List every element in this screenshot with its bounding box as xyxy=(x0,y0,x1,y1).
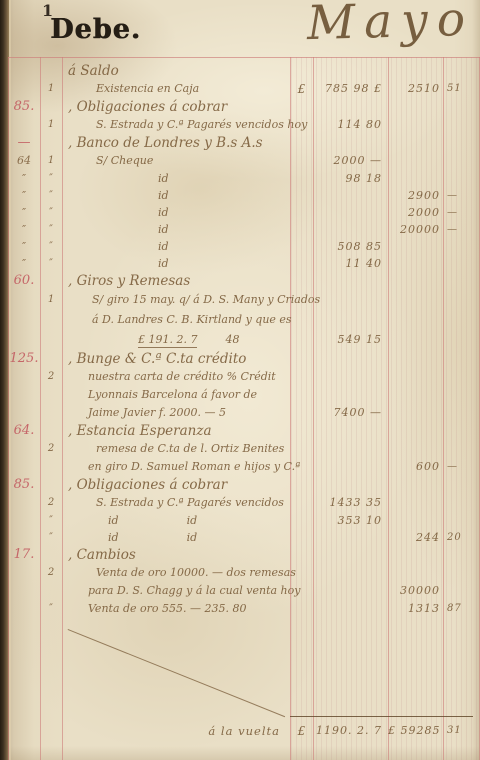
amount-col1: 7400 — xyxy=(313,404,388,422)
amount-col2 xyxy=(388,440,443,458)
day-number: 1 xyxy=(40,80,62,98)
margin-folio-number: 125. xyxy=(8,350,40,368)
entry-description: en giro D. Samuel Roman e hijos y C.ª xyxy=(62,458,290,476)
entry-description: para D. S. Chagg y á la cual venta hoy xyxy=(62,582,290,600)
amount-col2: 600 xyxy=(388,458,443,476)
entry-description: id xyxy=(62,170,290,187)
entry-description: , Cambios xyxy=(62,546,290,564)
day-number xyxy=(40,310,62,330)
margin-folio-number: ″ xyxy=(8,221,40,238)
currency-mark xyxy=(290,238,313,255)
day-number: ″ xyxy=(40,600,62,618)
debit-header-label: Debe. xyxy=(50,14,141,45)
amount-col2-cents xyxy=(443,238,479,255)
amount-col2-cents xyxy=(443,582,479,600)
currency-mark xyxy=(290,221,313,238)
day-number: 1 xyxy=(40,152,62,170)
totals-row: á la vuelta £ 1190. 2. 7 £ 59285 31 xyxy=(8,719,479,743)
amount-col2 xyxy=(388,368,443,386)
amount-col1: 2000 — xyxy=(313,152,388,170)
ledger-row: 2 S. Estrada y C.ª Pagarés vencidos 1433… xyxy=(8,494,479,512)
amount-col2 xyxy=(388,422,443,440)
amount-col2-cents xyxy=(443,546,479,564)
entry-description: S. Estrada y C.ª Pagarés vencidos xyxy=(62,494,290,512)
amount-col1 xyxy=(313,422,388,440)
entry-description: £ 191. 2. 748 xyxy=(62,330,290,350)
amount-col1 xyxy=(313,546,388,564)
ledger-row: 2 nuestra carta de crédito % Crédit xyxy=(8,368,479,386)
amount-col2 xyxy=(388,546,443,564)
margin-folio-number xyxy=(8,512,40,529)
currency-mark xyxy=(290,170,313,187)
amount-col2-cents xyxy=(443,152,479,170)
sterling-total: 1190. 2. 7 xyxy=(313,719,388,743)
day-number xyxy=(40,404,62,422)
amount-col2-cents xyxy=(443,494,479,512)
margin-folio-number: 85. xyxy=(8,476,40,494)
currency-mark xyxy=(290,386,313,404)
amount-col2: 2000 xyxy=(388,204,443,221)
currency-mark xyxy=(290,116,313,134)
currency-mark xyxy=(290,458,313,476)
day-number: ″ xyxy=(40,170,62,187)
amount-col2-cents xyxy=(443,330,479,350)
amount-col2 xyxy=(388,272,443,290)
amount-col1 xyxy=(313,600,388,618)
ledger-row: ″ idid 353 10 xyxy=(8,512,479,529)
ledger-row: £ 191. 2. 748 549 15 xyxy=(8,330,479,350)
ledger-row: ″ Venta de oro 555. — 235. 80 1313 87 xyxy=(8,600,479,618)
ledger-row: á D. Landres C. B. Kirtland y que es xyxy=(8,310,479,330)
day-number xyxy=(40,582,62,600)
entry-description: á Saldo xyxy=(62,62,290,80)
currency-mark xyxy=(290,187,313,204)
day-number xyxy=(40,458,62,476)
margin-folio-number xyxy=(8,719,40,743)
day-number xyxy=(40,719,62,743)
amount-col2-cents xyxy=(443,476,479,494)
amount-col2 xyxy=(388,350,443,368)
entry-description: Existencia en Caja xyxy=(62,80,290,98)
margin-folio-number xyxy=(8,330,40,350)
currency-mark xyxy=(290,204,313,221)
amount-col1: 1433 35 xyxy=(313,494,388,512)
day-number: 1 xyxy=(40,116,62,134)
currency-mark xyxy=(290,350,313,368)
ledger-row: ″ ″ id 20000 — xyxy=(8,221,479,238)
ledger-row: á Saldo xyxy=(8,62,479,80)
amount-col2 xyxy=(388,404,443,422)
entry-description: id xyxy=(62,204,290,221)
margin-folio-number xyxy=(8,494,40,512)
amount-col1 xyxy=(313,62,388,80)
day-number: ″ xyxy=(40,221,62,238)
margin-folio-number: 85. xyxy=(8,98,40,116)
day-number xyxy=(40,350,62,368)
entry-description: idid xyxy=(62,529,290,546)
ledger-entries: á Saldo 1 Existencia en Caja £ 785 98 £ … xyxy=(8,62,479,618)
amount-col1: 549 15 xyxy=(313,330,388,350)
entry-description: Jaime Javier f. 2000. — 5 xyxy=(62,404,290,422)
month-header-label: Mayo xyxy=(306,0,474,51)
margin-folio-number: 64. xyxy=(8,422,40,440)
currency-mark xyxy=(290,272,313,290)
day-number: 2 xyxy=(40,564,62,582)
currency-mark xyxy=(290,564,313,582)
amount-col1 xyxy=(313,310,388,330)
margin-folio-number xyxy=(8,564,40,582)
currency-mark xyxy=(290,310,313,330)
currency-mark xyxy=(290,582,313,600)
margin-folio-number xyxy=(8,458,40,476)
amount-col2-cents xyxy=(443,290,479,310)
amount-col2 xyxy=(388,255,443,272)
day-number xyxy=(40,98,62,116)
margin-folio-number xyxy=(8,386,40,404)
currency-mark xyxy=(290,476,313,494)
entry-description: nuestra carta de crédito % Crédit xyxy=(62,368,290,386)
amount-col2 xyxy=(388,116,443,134)
amount-col2: 2900 xyxy=(388,187,443,204)
entry-description: S. Estrada y C.ª Pagarés vencidos hoy xyxy=(62,116,290,134)
ledger-row: para D. S. Chagg y á la cual venta hoy 3… xyxy=(8,582,479,600)
amount-col2 xyxy=(388,476,443,494)
day-number: 2 xyxy=(40,494,62,512)
currency-mark xyxy=(290,404,313,422)
amount-col2: 20000 xyxy=(388,221,443,238)
amount-col1 xyxy=(313,134,388,152)
margin-folio-number: ″ xyxy=(8,204,40,221)
day-number xyxy=(40,330,62,350)
amount-col1 xyxy=(313,458,388,476)
ledger-row: ″ ″ id 2000 — xyxy=(8,204,479,221)
amount-col2 xyxy=(388,564,443,582)
ledger-row: 64 1 S/ Cheque 2000 — xyxy=(8,152,479,170)
currency-mark xyxy=(290,368,313,386)
margin-folio-number xyxy=(8,440,40,458)
amount-col1 xyxy=(313,290,388,310)
amount-col2-cents xyxy=(443,404,479,422)
ledger-row: 2 Venta de oro 10000. — dos remesas xyxy=(8,564,479,582)
ledger-row: 1 S. Estrada y C.ª Pagarés vencidos hoy … xyxy=(8,116,479,134)
ledger-row: ″ ″ id 11 40 xyxy=(8,255,479,272)
currency-mark xyxy=(290,422,313,440)
margin-folio-number: ″ xyxy=(8,170,40,187)
margin-folio-number xyxy=(8,582,40,600)
currency-mark xyxy=(290,62,313,80)
ledger-row: 2 remesa de C.ta de l. Ortiz Benites xyxy=(8,440,479,458)
amount-col2-cents xyxy=(443,564,479,582)
entry-description: id xyxy=(62,221,290,238)
margin-folio-number: 64 xyxy=(8,152,40,170)
currency-mark xyxy=(290,152,313,170)
margin-folio-number: 17. xyxy=(8,546,40,564)
ledger-row: 85. , Obligaciones á cobrar xyxy=(8,476,479,494)
amount-col1 xyxy=(313,272,388,290)
day-number: 2 xyxy=(40,440,62,458)
currency-mark xyxy=(290,255,313,272)
amount-col1: 114 80 xyxy=(313,116,388,134)
amount-col1 xyxy=(313,368,388,386)
amount-col2-cents: — xyxy=(443,204,479,221)
currency-mark xyxy=(290,529,313,546)
amount-col1 xyxy=(313,440,388,458)
amount-col2-cents: 20 xyxy=(443,529,479,546)
amount-col2-cents: — xyxy=(443,221,479,238)
amount-col1 xyxy=(313,529,388,546)
amount-col2: 30000 xyxy=(388,582,443,600)
margin-folio-number xyxy=(8,600,40,618)
currency-mark xyxy=(290,98,313,116)
amount-col2 xyxy=(388,134,443,152)
entry-description: , Estancia Esperanza xyxy=(62,422,290,440)
entry-description: id xyxy=(62,187,290,204)
ledger-row: 85. , Obligaciones á cobrar xyxy=(8,98,479,116)
totals-rule-line xyxy=(290,716,473,717)
ledger-row: 17. , Cambios xyxy=(8,546,479,564)
entry-description: id xyxy=(62,238,290,255)
margin-folio-number: ″ xyxy=(8,238,40,255)
day-number xyxy=(40,272,62,290)
day-number xyxy=(40,386,62,404)
amount-col1: 508 85 xyxy=(313,238,388,255)
amount-col1 xyxy=(313,204,388,221)
day-number xyxy=(40,62,62,80)
entry-description: á D. Landres C. B. Kirtland y que es xyxy=(62,310,290,330)
amount-col2 xyxy=(388,152,443,170)
ledger-row: 1 S/ giro 15 may. q/ á D. S. Many y Cria… xyxy=(8,290,479,310)
ledger-row: 60. , Giros y Remesas xyxy=(8,272,479,290)
day-number: ″ xyxy=(40,238,62,255)
currency-mark xyxy=(290,600,313,618)
ledger-row: ″ ″ id 98 18 xyxy=(8,170,479,187)
amount-col2 xyxy=(388,98,443,116)
ledger-row: Jaime Javier f. 2000. — 5 7400 — xyxy=(8,404,479,422)
amount-col2 xyxy=(388,310,443,330)
total-amount: £ 59285 xyxy=(388,719,443,743)
entry-description: Venta de oro 555. — 235. 80 xyxy=(62,600,290,618)
day-number: ″ xyxy=(40,187,62,204)
amount-col1 xyxy=(313,476,388,494)
margin-folio-number: ″ xyxy=(8,187,40,204)
currency-mark: £ xyxy=(290,719,313,743)
amount-col2-cents xyxy=(443,116,479,134)
margin-folio-number xyxy=(8,62,40,80)
margin-folio-number xyxy=(8,529,40,546)
currency-mark xyxy=(290,134,313,152)
entry-description: Venta de oro 10000. — dos remesas xyxy=(62,564,290,582)
amount-col1 xyxy=(313,386,388,404)
amount-col2-cents xyxy=(443,310,479,330)
currency-mark xyxy=(290,290,313,310)
amount-col1 xyxy=(313,98,388,116)
entry-description: idid xyxy=(62,512,290,529)
ledger-page: 1 Debe. Mayo á Saldo 1 Existencia en Caj… xyxy=(0,0,480,760)
entry-description: , Obligaciones á cobrar xyxy=(62,98,290,116)
amount-col2-cents xyxy=(443,422,479,440)
entry-description: Lyonnais Barcelona á favor de xyxy=(62,386,290,404)
amount-col2 xyxy=(388,330,443,350)
amount-col2-cents xyxy=(443,134,479,152)
entry-description: , Giros y Remesas xyxy=(62,272,290,290)
currency-mark xyxy=(290,512,313,529)
amount-col1 xyxy=(313,187,388,204)
currency-mark xyxy=(290,440,313,458)
entry-description: S/ Cheque xyxy=(62,152,290,170)
amount-col1 xyxy=(313,582,388,600)
ledger-row: 125. , Bunge & C.ª C.ta crédito xyxy=(8,350,479,368)
amount-col2-cents: 87 xyxy=(443,600,479,618)
amount-col2-cents: — xyxy=(443,187,479,204)
amount-col2-cents: 51 xyxy=(443,80,479,98)
amount-col2 xyxy=(388,62,443,80)
ledger-row: en giro D. Samuel Roman e hijos y C.ª 60… xyxy=(8,458,479,476)
amount-col1 xyxy=(313,564,388,582)
day-number: 2 xyxy=(40,368,62,386)
ledger-row: — , Banco de Londres y B.s A.s xyxy=(8,134,479,152)
amount-col2: 2510 xyxy=(388,80,443,98)
amount-col2 xyxy=(388,386,443,404)
amount-col1: 353 10 xyxy=(313,512,388,529)
day-number: ″ xyxy=(40,512,62,529)
currency-mark xyxy=(290,546,313,564)
carry-forward-label: á la vuelta xyxy=(62,719,290,743)
margin-folio-number xyxy=(8,404,40,422)
margin-folio-number: ″ xyxy=(8,255,40,272)
ledger-row: 64. , Estancia Esperanza xyxy=(8,422,479,440)
day-number xyxy=(40,546,62,564)
amount-col2 xyxy=(388,494,443,512)
cancellation-diagonal-line xyxy=(68,629,285,717)
margin-folio-number xyxy=(8,368,40,386)
amount-col2 xyxy=(388,512,443,529)
day-number: ″ xyxy=(40,255,62,272)
ledger-row: Lyonnais Barcelona á favor de xyxy=(8,386,479,404)
day-number: 1 xyxy=(40,290,62,310)
amount-col2-cents xyxy=(443,512,479,529)
entry-description: , Obligaciones á cobrar xyxy=(62,476,290,494)
amount-col2-cents xyxy=(443,170,479,187)
amount-col2-cents xyxy=(443,440,479,458)
margin-folio-number xyxy=(8,80,40,98)
amount-col2-cents xyxy=(443,98,479,116)
currency-mark xyxy=(290,330,313,350)
entry-description: , Banco de Londres y B.s A.s xyxy=(62,134,290,152)
ledger-row: 1 Existencia en Caja £ 785 98 £ 2510 51 xyxy=(8,80,479,98)
amount-col1 xyxy=(313,350,388,368)
entry-description: id xyxy=(62,255,290,272)
margin-folio-number xyxy=(8,290,40,310)
margin-folio-number xyxy=(8,116,40,134)
amount-col1 xyxy=(313,221,388,238)
amount-col2-cents xyxy=(443,62,479,80)
day-number: ″ xyxy=(40,204,62,221)
margin-folio-number: 60. xyxy=(8,272,40,290)
day-number: ″ xyxy=(40,529,62,546)
amount-col2-cents xyxy=(443,368,479,386)
entry-description: remesa de C.ta de l. Ortiz Benites xyxy=(62,440,290,458)
day-number xyxy=(40,422,62,440)
ledger-row: ″ ″ id 2900 — xyxy=(8,187,479,204)
amount-col2 xyxy=(388,238,443,255)
amount-col2-cents: — xyxy=(443,458,479,476)
amount-col1: 11 40 xyxy=(313,255,388,272)
day-number xyxy=(40,476,62,494)
amount-col2-cents xyxy=(443,350,479,368)
entry-description: , Bunge & C.ª C.ta crédito xyxy=(62,350,290,368)
entry-description: S/ giro 15 may. q/ á D. S. Many y Criado… xyxy=(62,290,290,310)
amount-col2: 1313 xyxy=(388,600,443,618)
amount-col2-cents xyxy=(443,255,479,272)
amount-col1: 98 18 xyxy=(313,170,388,187)
amount-col2: 244 xyxy=(388,529,443,546)
amount-col2-cents xyxy=(443,386,479,404)
currency-mark: £ xyxy=(290,80,313,98)
amount-col1: 785 98 £ xyxy=(313,80,388,98)
margin-folio-number xyxy=(8,310,40,330)
day-number xyxy=(40,134,62,152)
amount-col2-cents xyxy=(443,272,479,290)
amount-col2 xyxy=(388,170,443,187)
total-amount-cents: 31 xyxy=(443,719,479,743)
ledger-row: ″ idid 244 20 xyxy=(8,529,479,546)
amount-col2 xyxy=(388,290,443,310)
ledger-row: ″ ″ id 508 85 xyxy=(8,238,479,255)
currency-mark xyxy=(290,494,313,512)
margin-folio-number: — xyxy=(8,134,40,152)
